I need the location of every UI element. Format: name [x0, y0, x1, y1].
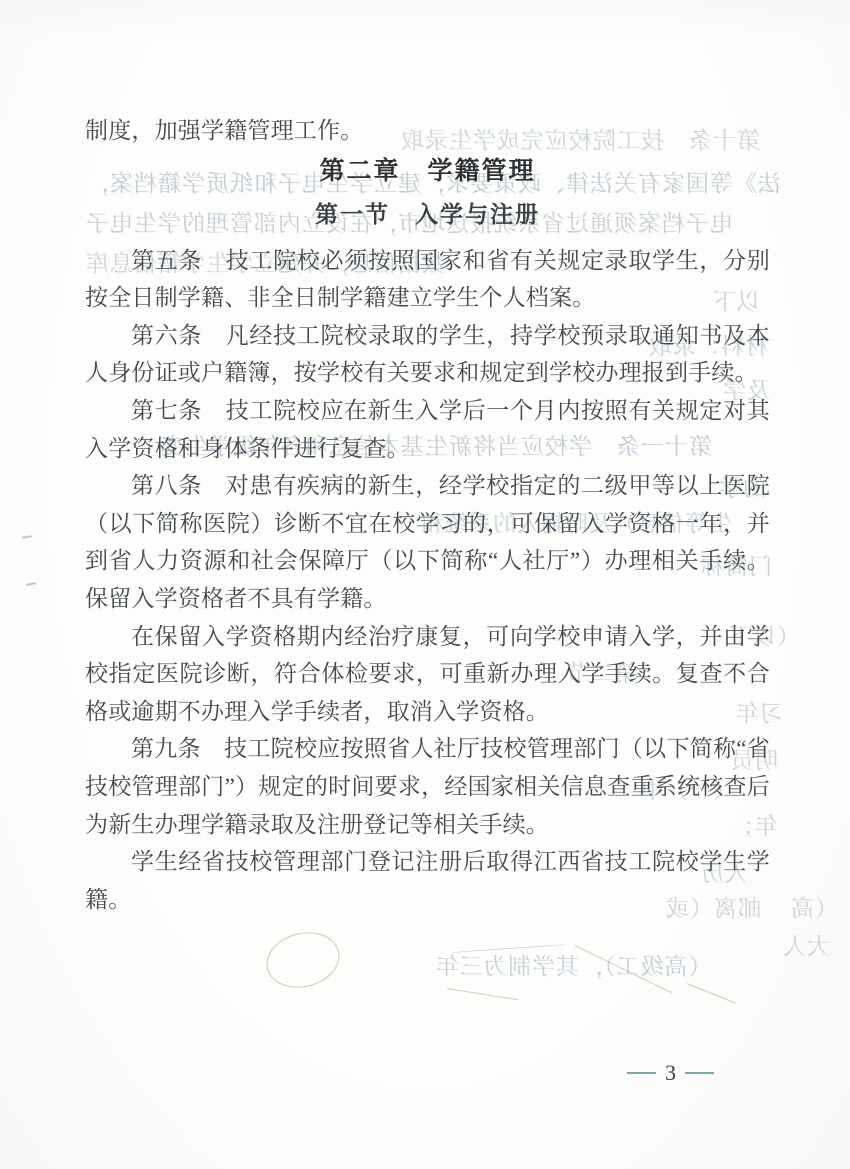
page-number-dash	[685, 1072, 714, 1074]
chapter-heading: 第二章 学籍管理	[85, 150, 770, 192]
body-paragraph: 在保留入学资格期内经治疗康复，可向学校申请入学，并由学校指定医院诊断，符合体检要…	[85, 618, 770, 731]
page-number-value: 3	[665, 1060, 676, 1086]
bleedthrough-text: 大人	[782, 928, 830, 961]
body-paragraph: 第五条 技工院校必须按照国家和省有关规定录取学生，分别按全日制学籍、非全日制学籍…	[85, 242, 770, 317]
document-page: 第十条 技工院校应完成学生录取 法》等国家有关法律、政策要求，建立学生电子和纸质…	[0, 0, 850, 1169]
page-number: 3	[627, 1060, 714, 1086]
body-paragraph: 第八条 对患有疾病的新生，经学校指定的二级甲等以上医院（以下简称医院）诊断不宜在…	[85, 467, 770, 617]
bleedthrough-text: （高级工），其学制为三年	[435, 948, 712, 981]
body-paragraph: 第六条 凡经技工院校录取的学生，持学校预录取通知书及本人身份证或户籍簿，按学校有…	[85, 317, 770, 392]
body-paragraph: 第九条 技工院校应按照省人社厅技校管理部门（以下简称“省技校管理部门”）规定的时…	[85, 730, 770, 843]
bleedthrough-text: （高	[790, 890, 838, 923]
text-column: 制度，加强学籍管理工作。 第二章 学籍管理 第一节 入学与注册 第五条 技工院校…	[85, 112, 770, 918]
body-paragraph: 学生经省技校管理部门登记注册后取得江西省技工院校学生学籍。	[85, 843, 770, 918]
section-heading: 第一节 入学与注册	[85, 192, 770, 237]
page-number-dash	[627, 1072, 656, 1074]
body-paragraphs: 第五条 技工院校必须按照国家和省有关规定录取学生，分别按全日制学籍、非全日制学籍…	[85, 242, 770, 919]
body-paragraph: 第七条 技工院校应在新生入学后一个月内按照有关规定对其入学资格和身体条件进行复查…	[85, 392, 770, 467]
continuation-paragraph: 制度，加强学籍管理工作。	[85, 112, 770, 150]
